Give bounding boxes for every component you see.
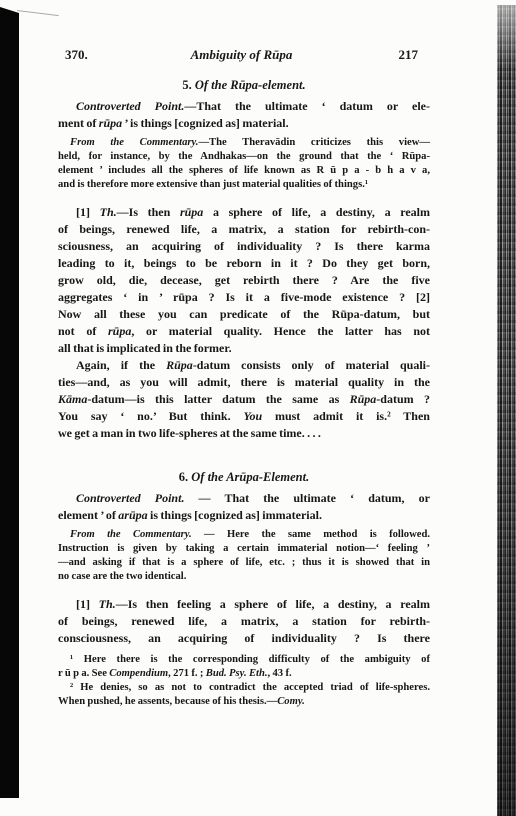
text-line: not of rūpa, or material quality. Hence … — [58, 323, 430, 340]
text-segment: , 271 f. ; — [168, 668, 206, 679]
italic-text-segment: Th. — [100, 205, 117, 219]
body-paragraph: [1] Th.—Is then feeling a sphere of life… — [58, 596, 430, 647]
text-segment: [1] — [76, 205, 100, 219]
text-segment: — Here the same method is followed. — [192, 529, 430, 540]
text-line: Controverted Point. — That the ultimate … — [58, 490, 430, 507]
text-line: of beings, renewed life, a matrix, a sta… — [58, 613, 430, 630]
italic-text-segment: From the Commentary. — [70, 529, 192, 540]
italic-text-segment: Of the Arūpa-Element. — [191, 470, 309, 484]
text-line: leading to it, beings to be reborn in it… — [58, 255, 430, 272]
text-line: element ’ of arūpa is things [cognized a… — [58, 507, 430, 524]
heading: 5. Of the Rūpa-element. — [58, 78, 430, 93]
text-line: ¹ Here there is the corresponding diffic… — [58, 653, 430, 667]
footnote: ² He denies, so as not to contradict the… — [58, 681, 430, 709]
text-segment: grow old, die, decease, get rebirth ther… — [58, 273, 430, 287]
text-line: ment of rūpa ’ is things [cognized as] m… — [58, 115, 430, 132]
text-segment: r ū p a. See — [58, 668, 109, 679]
text-segment: ment of — [58, 116, 99, 130]
text-line: no case are the two identical. — [58, 570, 430, 584]
italic-text-segment: rūpa — [108, 324, 131, 338]
scan-gutter-bar — [0, 7, 19, 798]
text-segment: —Is then — [117, 205, 180, 219]
text-line: [1] Th.—Is then feeling a sphere of life… — [58, 596, 430, 613]
scan-scratch-artifact — [17, 10, 59, 16]
italic-text-segment: Compendium — [109, 668, 168, 679]
text-line: When pushed, he assents, because of his … — [58, 695, 430, 709]
text-segment: is things [cognized as] immaterial. — [148, 508, 322, 522]
italic-text-segment: Bud. Psy. Eth. — [206, 668, 268, 679]
text-segment: 6. — [179, 470, 192, 484]
text-segment: sciousness, an acquiring of individualit… — [58, 239, 430, 253]
controverted-point: Controverted Point. — That the ultimate … — [58, 490, 430, 524]
text-segment: —and asking if that is a sphere of life,… — [58, 557, 430, 568]
italic-text-segment: arūpa — [118, 508, 147, 522]
text-segment: we get a man in two life-spheres at the … — [58, 426, 321, 440]
heading: 6. Of the Arūpa-Element. — [58, 470, 430, 485]
page-header: 370. Ambiguity of Rūpa 217 — [58, 46, 430, 63]
italic-text-segment: Of the Rūpa-element. — [195, 78, 306, 92]
text-segment: element ’ of — [58, 508, 118, 522]
italic-text-segment: rūpa — [180, 205, 203, 219]
commentary: From the Commentary.—The Theravādin crit… — [58, 136, 430, 192]
controverted-point: Controverted Point.—That the ultimate ‘ … — [58, 98, 430, 132]
italic-text-segment: Comy. — [277, 696, 305, 707]
text-segment: of beings, renewed life, a matrix, a sta… — [58, 614, 430, 628]
text-line: ties—and, as you will admit, there is ma… — [58, 374, 430, 391]
text-segment: all that is implicated in the former. — [58, 341, 232, 355]
text-segment: —The Theravādin criticizes this view— — [198, 137, 430, 148]
body-paragraph: Again, if the Rūpa-datum consists only o… — [58, 357, 430, 442]
text-segment: -datum consists only of material quali- — [193, 358, 430, 372]
text-segment: ¹ Here there is the corresponding diffic… — [70, 654, 430, 665]
text-line: consciousness, an acquiring of individua… — [58, 630, 430, 647]
text-segment: ties—and, as you will admit, there is ma… — [58, 375, 430, 389]
italic-text-segment: From the Commentary. — [70, 137, 198, 148]
text-line: element ’ includes all the spheres of li… — [58, 164, 430, 178]
text-segment: ’ is things [cognized as] material. — [122, 116, 289, 130]
text-line: aggregates ‘ in ’ rūpa ? Is it a five-mo… — [58, 289, 430, 306]
text-segment: held, for instance, by the Andhakas—on t… — [58, 151, 430, 162]
text-segment: Instruction is given by taking a certain… — [58, 543, 430, 554]
text-segment: , or material quality. Hence the latter … — [131, 324, 430, 338]
text-segment: no case are the two identical. — [58, 571, 186, 582]
text-segment: 5. — [182, 78, 195, 92]
text-line: You say ‘ no.’ But think. You must admit… — [58, 408, 430, 425]
text-line: we get a man in two life-spheres at the … — [58, 425, 430, 442]
text-segment: —Is then feeling a sphere of life, a des… — [116, 597, 430, 611]
text-line: —and asking if that is a sphere of life,… — [58, 556, 430, 570]
text-line: sciousness, an acquiring of individualit… — [58, 238, 430, 255]
text-segment: aggregates ‘ in ’ rūpa ? Is it a five-mo… — [58, 290, 430, 304]
text-line: ² He denies, so as not to contradict the… — [58, 681, 430, 695]
book-page-edge-texture — [497, 5, 516, 816]
text-segment: -datum ? — [376, 392, 430, 406]
italic-text-segment: Controverted Point. — [76, 99, 184, 113]
text-line: From the Commentary.—The Theravādin crit… — [58, 136, 430, 150]
text-segment: must admit it is.² Then — [262, 409, 430, 423]
text-segment: — That the ultimate ‘ datum, or — [184, 491, 430, 505]
scanned-book-page: 370. Ambiguity of Rūpa 217 5. Of the Rūp… — [0, 0, 516, 816]
text-segment: leading to it, beings to be reborn in it… — [58, 256, 430, 270]
footnote: ¹ Here there is the corresponding diffic… — [58, 653, 430, 681]
text-segment: consciousness, an acquiring of individua… — [58, 631, 430, 645]
text-line: Kāma-datum—is this latter datum the same… — [58, 391, 430, 408]
text-line: r ū p a. See Compendium, 271 f. ; Bud. P… — [58, 667, 430, 681]
italic-text-segment: Controverted Point. — [76, 491, 184, 505]
text-line: of beings, renewed life, a matrix, a sta… — [58, 221, 430, 238]
italic-text-segment: You — [243, 409, 262, 423]
page-content: 5. Of the Rūpa-element.Controverted Poin… — [58, 78, 430, 709]
body-paragraph: [1] Th.—Is then rūpa a sphere of life, a… — [58, 204, 430, 357]
header-page-number: 217 — [348, 46, 430, 63]
text-segment: not of — [58, 324, 108, 338]
text-segment: Again, if the — [76, 358, 166, 372]
italic-text-segment: Rūpa — [166, 358, 193, 372]
text-segment: [1] — [76, 597, 99, 611]
text-line: grow old, die, decease, get rebirth ther… — [58, 272, 430, 289]
text-line: held, for instance, by the Andhakas—on t… — [58, 150, 430, 164]
text-segment: ² He denies, so as not to contradict the… — [70, 682, 430, 693]
text-segment: -datum—is this latter datum the same as — [87, 392, 349, 406]
text-line: Instruction is given by taking a certain… — [58, 542, 430, 556]
text-segment: a sphere of life, a destiny, a realm — [203, 205, 430, 219]
italic-text-segment: Rūpa — [350, 392, 377, 406]
text-line: Controverted Point.—That the ultimate ‘ … — [58, 98, 430, 115]
text-segment: —That the ultimate ‘ datum or ele- — [184, 99, 430, 113]
text-segment: You say ‘ no.’ But think. — [58, 409, 243, 423]
text-line: all that is implicated in the former. — [58, 340, 430, 357]
text-segment: When pushed, he assents, because of his … — [58, 696, 277, 707]
text-line: Again, if the Rūpa-datum consists only o… — [58, 357, 430, 374]
text-segment: , 43 f. — [268, 668, 292, 679]
text-segment: and is therefore more extensive than jus… — [58, 179, 368, 190]
text-line: Now all these you can predicate of the R… — [58, 306, 430, 323]
italic-text-segment: Th. — [99, 597, 116, 611]
text-segment: Now all these you can predicate of the R… — [58, 307, 430, 321]
text-line: From the Commentary. — Here the same met… — [58, 528, 430, 542]
text-segment: of beings, renewed life, a matrix, a sta… — [58, 222, 430, 236]
text-line: and is therefore more extensive than jus… — [58, 178, 430, 192]
header-section-number: 370. — [58, 46, 135, 63]
italic-text-segment: Kāma — [58, 392, 87, 406]
commentary: From the Commentary. — Here the same met… — [58, 528, 430, 584]
text-line: [1] Th.—Is then rūpa a sphere of life, a… — [58, 204, 430, 221]
italic-text-segment: rūpa — [99, 116, 122, 130]
text-segment: element ’ includes all the spheres of li… — [58, 165, 430, 176]
header-running-title: Ambiguity of Rūpa — [135, 46, 348, 63]
